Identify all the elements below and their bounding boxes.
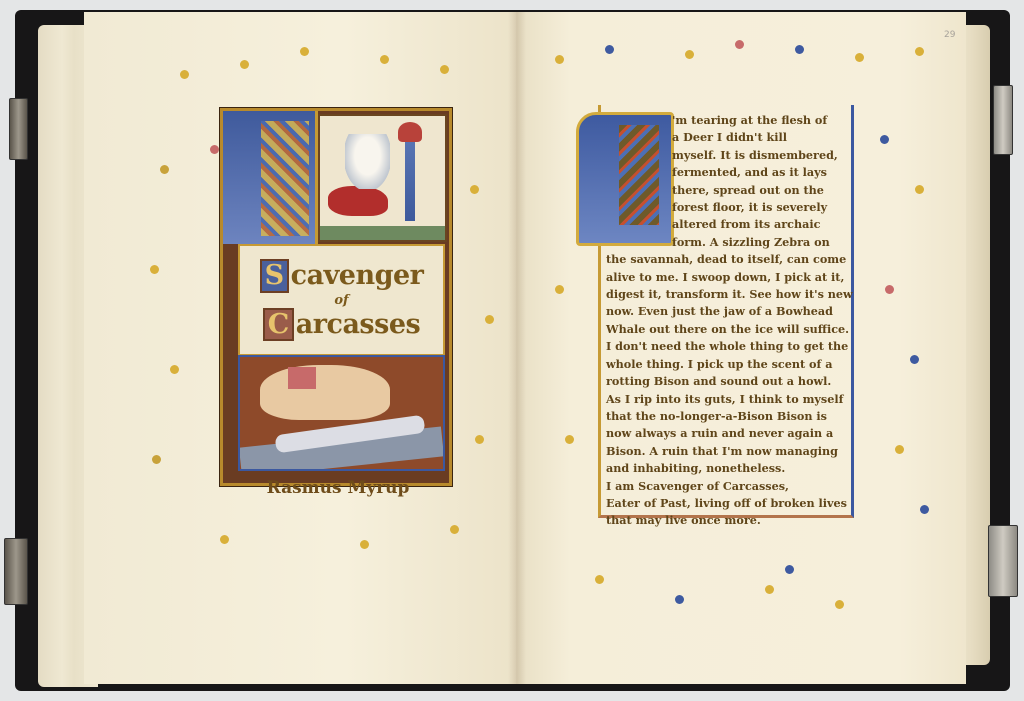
left-clasp-top [9,98,28,160]
title-initial-c: C [263,308,294,342]
text-line: digest it, transform it. See how it's ne… [606,286,852,303]
text-line: whole thing. I pick up the scent of a [606,356,852,373]
text-line: Eater of Past, living off of broken live… [606,495,852,512]
text-line: now. Even just the jaw of a Bowhead [606,303,852,320]
text-line: alive to me. I swoop down, I pick at it, [606,269,852,286]
left-clasp-bottom [4,538,28,605]
text-line: I don't need the whole thing to get the [606,338,852,355]
book-title: Scavenger of Carcasses [238,244,445,356]
text-line: As I rip into its guts, I think to mysel… [606,391,852,408]
text-line: Whale out there on the ice will suffice. [606,321,852,338]
text-line: form. A sizzling Zebra on [606,234,852,251]
title-word-1: cavenger [291,260,424,291]
text-line: that the no-longer-a-Bison Bison is [606,408,852,425]
text-line: altered from its archaic [606,216,852,233]
title-word-2: arcasses [296,309,420,340]
text-line: rotting Bison and sound out a howl. [606,373,852,390]
page-number: 29 [944,30,955,40]
poem-text: 'm tearing at the flesh of a Deer I didn… [606,112,852,530]
text-line: myself. It is dismembered, [606,147,852,164]
text-line: now always a ruin and never again a [606,425,852,442]
right-clasp-top [993,85,1013,155]
book-gutter [508,12,526,684]
text-line: I am Scavenger of Carcasses, [606,478,852,495]
miniature-bird-on-beast [318,114,447,242]
miniature-lion-devouring [238,355,445,471]
text-line: Bison. A ruin that I'm now managing [606,443,852,460]
text-line: forest floor, it is severely [606,199,852,216]
illuminated-initial-h [223,111,318,244]
author-name: Rasmus Myrup [258,478,418,498]
title-line-2: Carcasses [263,308,420,342]
title-of: of [334,293,348,308]
miniature-panel: Scavenger of Carcasses [220,108,452,486]
text-line: the savannah, dead to itself, can come [606,251,852,268]
text-line: that may live once more. [606,512,852,529]
text-line: there, spread out on the [606,182,852,199]
text-line: a Deer I didn't kill [606,129,852,146]
title-initial-s: S [260,259,289,293]
right-clasp-bottom [988,525,1018,597]
title-line-1: Scavenger [260,259,424,293]
text-line: 'm tearing at the flesh of [606,112,852,129]
text-line: and inhabiting, nonetheless. [606,460,852,477]
text-line: fermented, and as it lays [606,164,852,181]
